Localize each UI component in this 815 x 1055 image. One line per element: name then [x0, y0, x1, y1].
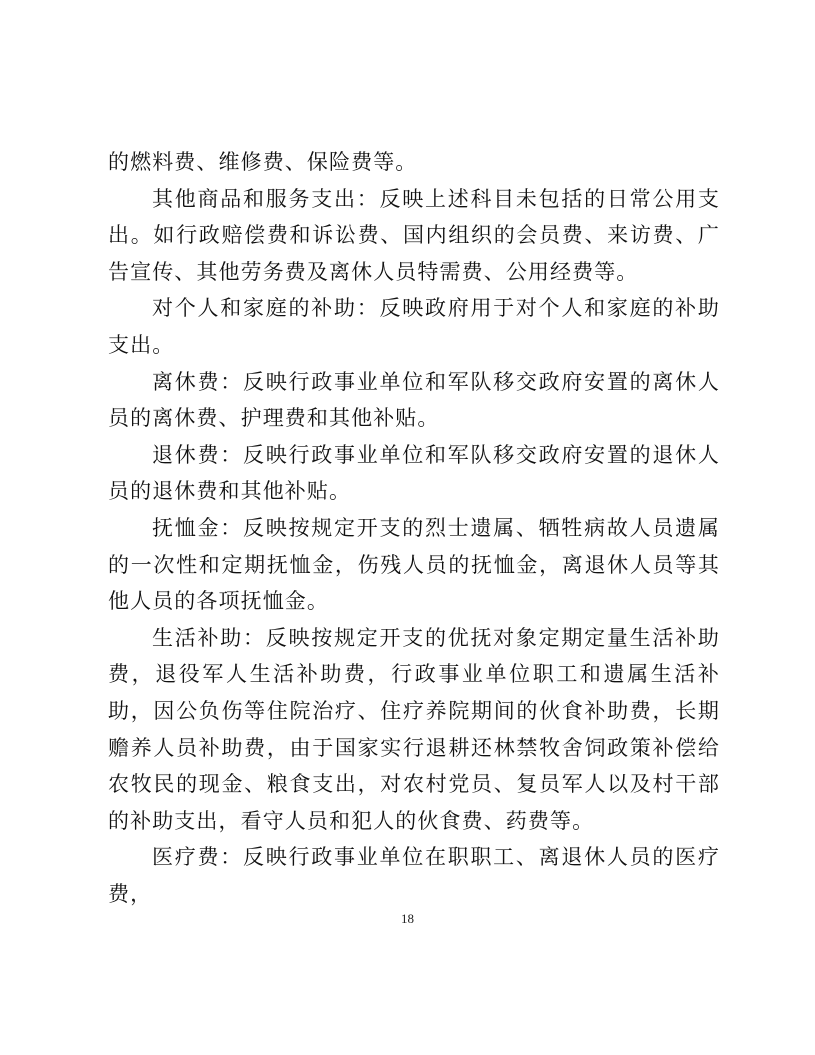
paragraph-other-goods-services: 其他商品和服务支出：反映上述科目未包括的日常公用支出。如行政赔偿费和诉讼费、国内… — [108, 181, 720, 291]
paragraph-personal-family-subsidy: 对个人和家庭的补助：反映政府用于对个人和家庭的补助支出。 — [108, 290, 720, 363]
body-text: 的燃料费、维修费、保险费等。 其他商品和服务支出：反映上述科目未包括的日常公用支… — [108, 144, 720, 912]
page-number: 18 — [0, 911, 815, 927]
paragraph-retirement-tuixiu: 退休费：反映行政事业单位和军队移交政府安置的退休人员的退休费和其他补贴。 — [108, 437, 720, 510]
paragraph-retirement-lixiu: 离休费：反映行政事业单位和军队移交政府安置的离休人员的离休费、护理费和其他补贴。 — [108, 364, 720, 437]
paragraph-fuel-continuation: 的燃料费、维修费、保险费等。 — [108, 144, 720, 181]
paragraph-living-subsidy: 生活补助：反映按规定开支的优抚对象定期定量生活补助费，退役军人生活补助费，行政事… — [108, 620, 720, 840]
paragraph-pension: 抚恤金：反映按规定开支的烈士遗属、牺牲病故人员遗属的一次性和定期抚恤金，伤残人员… — [108, 510, 720, 620]
document-page: 的燃料费、维修费、保险费等。 其他商品和服务支出：反映上述科目未包括的日常公用支… — [0, 0, 815, 1055]
paragraph-medical-expense: 医疗费：反映行政事业单位在职职工、离退休人员的医疗费， — [108, 839, 720, 912]
